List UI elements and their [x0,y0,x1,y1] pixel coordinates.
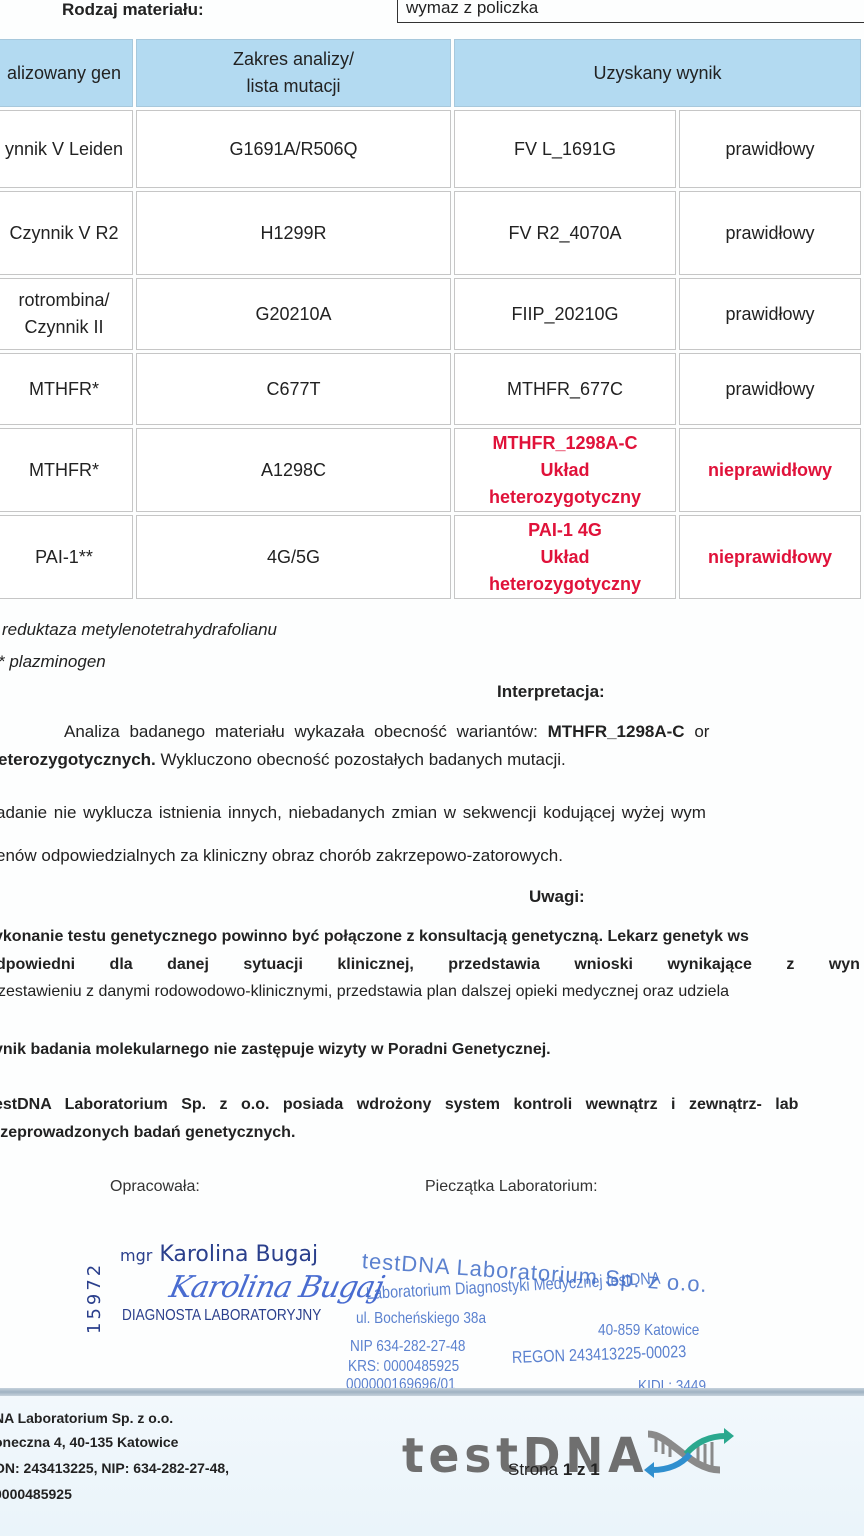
result-cell: PAI-1 4G Układ heterozygotyczny [454,515,676,599]
result-cell: FV L_1691G [454,110,676,188]
table-row: Czynnik V R2 H1299R FV R2_4070A prawidło… [0,191,861,275]
table-row: MTHFR* A1298C MTHFR_1298A-C Układ hetero… [0,428,861,512]
status-cell: nieprawidłowy [679,515,861,599]
result-zygosity: heterozygotyczny [455,484,675,511]
remark-line: rzeprowadzonych badań genetycznych. [0,1124,295,1142]
limitation-note: enów odpowiedzialnych za kliniczny obraz… [0,846,563,866]
status-cell: nieprawidłowy [679,428,861,512]
page-separator: z [572,1460,590,1479]
header-scope-line2: lista mutacji [137,73,450,100]
interpretation-zygosity: eterozygotycznych. [0,750,156,769]
remark-line: dpowiedni dla danej sytuacji klinicznej,… [0,956,860,974]
dna-helix-icon [640,1424,736,1480]
remark-line: ykonanie testu genetycznego powinno być … [0,928,749,946]
table-row: PAI-1** 4G/5G PAI-1 4G Układ heterozygot… [0,515,861,599]
limitation-note: adanie nie wyklucza istnienia innych, ni… [0,803,706,823]
results-table: alizowany gen Zakres analizy/ lista muta… [0,36,864,602]
page-total: 1 [590,1460,599,1479]
lab-stamp-line: REGON 243413225-00023 [512,1342,687,1368]
scope-cell: A1298C [136,428,451,512]
header-result: Uzyskany wynik [454,39,861,107]
gene-cell: MTHFR* [0,428,133,512]
interpretation-line: eterozygotycznych. Wykluczono obecność p… [0,750,566,770]
scope-cell: 4G/5G [136,515,451,599]
table-row: ynnik V Leiden G1691A/R506Q FV L_1691G p… [0,110,861,188]
footnote-pai1: * plazminogen [0,652,106,672]
gene-cell: rotrombina/ Czynnik II [0,278,133,350]
result-zygosity: heterozygotyczny [455,571,675,598]
table-row: rotrombina/ Czynnik II G20210A FIIP_2021… [0,278,861,350]
status-cell: prawidłowy [679,191,861,275]
lab-stamp-line: 40-859 Katowice [598,1322,699,1340]
result-arrangement: Układ [455,457,675,484]
result-cell: MTHFR_1298A-C Układ heterozygotyczny [454,428,676,512]
footnote-mthfr: reduktaza metylenotetrahydrafolianu [2,620,277,640]
interpretation-text: Analiza badanego materiału wykazała obec… [64,722,548,741]
gene-cell: ynnik V Leiden [0,110,133,188]
header-scope-line1: Zakres analizy/ [137,46,450,73]
gene-cell: PAI-1** [0,515,133,599]
handwritten-signature: Karolina Bugaj [166,1270,386,1305]
result-cell: FV R2_4070A [454,191,676,275]
diagnostician-role: DIAGNOSTA LABORATORYJNY [122,1307,321,1325]
interpretation-title: Interpretacja: [497,682,605,702]
page-prefix: Strona [508,1460,563,1479]
result-variant: MTHFR_1298A-C [455,430,675,457]
result-arrangement: Układ [455,544,675,571]
diagnostician-number: 15972 [84,1262,105,1334]
remark-line: zestawieniu z danymi rodowodowo-kliniczn… [0,983,729,1001]
scope-cell: G20210A [136,278,451,350]
remark-line: ynik badania molekularnego nie zastępuje… [0,1041,551,1059]
footer-company: NA Laboratorium Sp. z o.o. [0,1410,173,1426]
lab-stamp-label: Pieczątka Laboratorium: [425,1178,598,1196]
table-row: MTHFR* C677T MTHFR_677C prawidłowy [0,353,861,425]
page-current: 1 [563,1460,572,1479]
page-indicator: Strona 1 z 1 [508,1460,600,1480]
gene-cell: Czynnik V R2 [0,191,133,275]
footer-divider [0,1388,864,1396]
interpretation-line: Analiza badanego materiału wykazała obec… [64,722,709,742]
footer-krs: 0000485925 [0,1486,72,1502]
interpretation-text: or [685,722,710,741]
remark-line: estDNA Laboratorium Sp. z o.o. posiada w… [0,1096,798,1114]
diagnostician-title: mgr [120,1246,152,1265]
status-cell: prawidłowy [679,278,861,350]
footer-ids: ON: 243413225, NIP: 634-282-27-48, [0,1460,229,1476]
header-gene: alizowany gen [0,39,133,107]
material-label: Rodzaj materiału: [62,0,204,20]
gene-cell: MTHFR* [0,353,133,425]
prepared-by-label: Opracowała: [110,1178,200,1196]
diagnostician-fullname: Karolina Bugaj [159,1242,318,1267]
gene-line2: Czynnik II [0,314,132,341]
diagnostician-name: mgr Karolina Bugaj [120,1242,318,1267]
result-variant: PAI-1 4G [455,517,675,544]
status-cell: prawidłowy [679,353,861,425]
result-cell: FIIP_20210G [454,278,676,350]
remarks-title: Uwagi: [529,887,585,907]
status-cell: prawidłowy [679,110,861,188]
interpretation-variant: MTHFR_1298A-C [548,722,685,741]
lab-stamp-line: KRS: 0000485925 [348,1358,459,1376]
interpretation-text: Wykluczono obecność pozostałych badanych… [156,750,566,769]
material-value: wymaz z policzka [397,0,864,23]
scope-cell: G1691A/R506Q [136,110,451,188]
scope-cell: C677T [136,353,451,425]
footer-address: oneczna 4, 40-135 Katowice [0,1434,178,1450]
gene-line1: rotrombina/ [0,287,132,314]
lab-stamp-line: NIP 634-282-27-48 [350,1338,465,1356]
result-cell: MTHFR_677C [454,353,676,425]
lab-stamp-line: ul. Bocheńskiego 38a [356,1310,486,1328]
scope-cell: H1299R [136,191,451,275]
header-scope: Zakres analizy/ lista mutacji [136,39,451,107]
